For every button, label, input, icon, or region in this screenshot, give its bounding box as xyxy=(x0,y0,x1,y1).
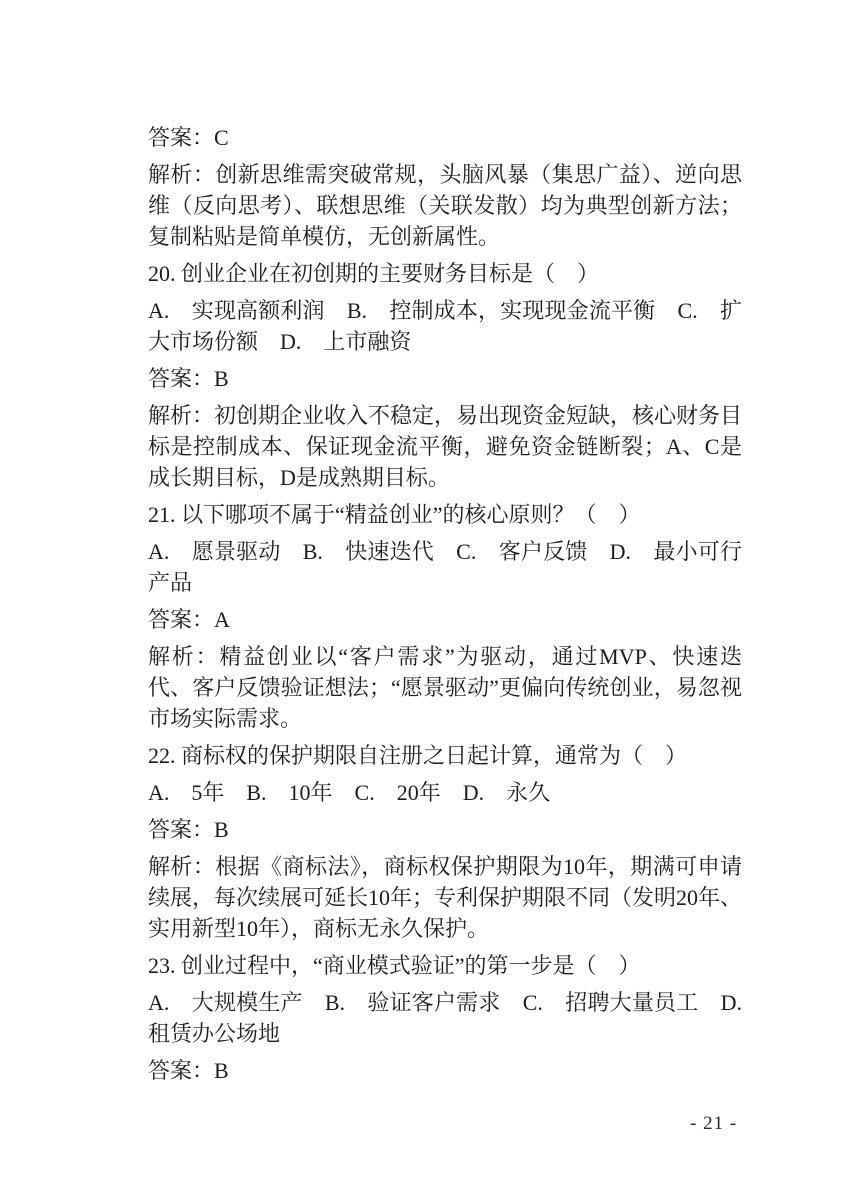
options-line: A. 大规模生产 B. 验证客户需求 C. 招聘大量员工 D. 租赁办公场地 xyxy=(148,987,742,1049)
analysis-paragraph: 解析：创新思维需突破常规，头脑风暴（集思广益）、逆向思维（反向思考）、联想思维（… xyxy=(148,159,742,252)
options-line: A. 5年 B. 10年 C. 20年 D. 永久 xyxy=(148,777,742,808)
options-line: A. 愿景驱动 B. 快速迭代 C. 客户反馈 D. 最小可行产品 xyxy=(148,536,742,598)
analysis-paragraph: 解析：初创期企业收入不稳定，易出现资金短缺，核心财务目标是控制成本、保证现金流平… xyxy=(148,400,742,493)
question-line: 22. 商标权的保护期限自注册之日起计算，通常为（ ） xyxy=(148,740,742,771)
question-line: 23. 创业过程中，“商业模式验证”的第一步是（ ） xyxy=(148,950,742,981)
answer-line: 答案：B xyxy=(148,363,742,394)
question-line: 21. 以下哪项不属于“精益创业”的核心原则？（ ） xyxy=(148,499,742,530)
analysis-paragraph: 解析：精益创业以“客户需求”为驱动，通过MVP、快速迭代、客户反馈验证想法；“愿… xyxy=(148,641,742,734)
answer-line: 答案：B xyxy=(148,1055,742,1086)
answer-line: 答案：B xyxy=(148,814,742,845)
question-line: 20. 创业企业在初创期的主要财务目标是（ ） xyxy=(148,258,742,289)
answer-line: 答案：C xyxy=(148,122,742,153)
answer-line: 答案：A xyxy=(148,604,742,635)
analysis-paragraph: 解析：根据《商标法》，商标权保护期限为10年，期满可申请续展，每次续展可延长10… xyxy=(148,851,742,944)
document-body: 答案：C 解析：创新思维需突破常规，头脑风暴（集思广益）、逆向思维（反向思考）、… xyxy=(148,122,742,1092)
page-number: - 21 - xyxy=(690,1112,737,1136)
options-line: A. 实现高额利润 B. 控制成本，实现现金流平衡 C. 扩大市场份额 D. 上… xyxy=(148,295,742,357)
document-page: 答案：C 解析：创新思维需突破常规，头脑风暴（集思广益）、逆向思维（反向思考）、… xyxy=(0,0,848,1200)
